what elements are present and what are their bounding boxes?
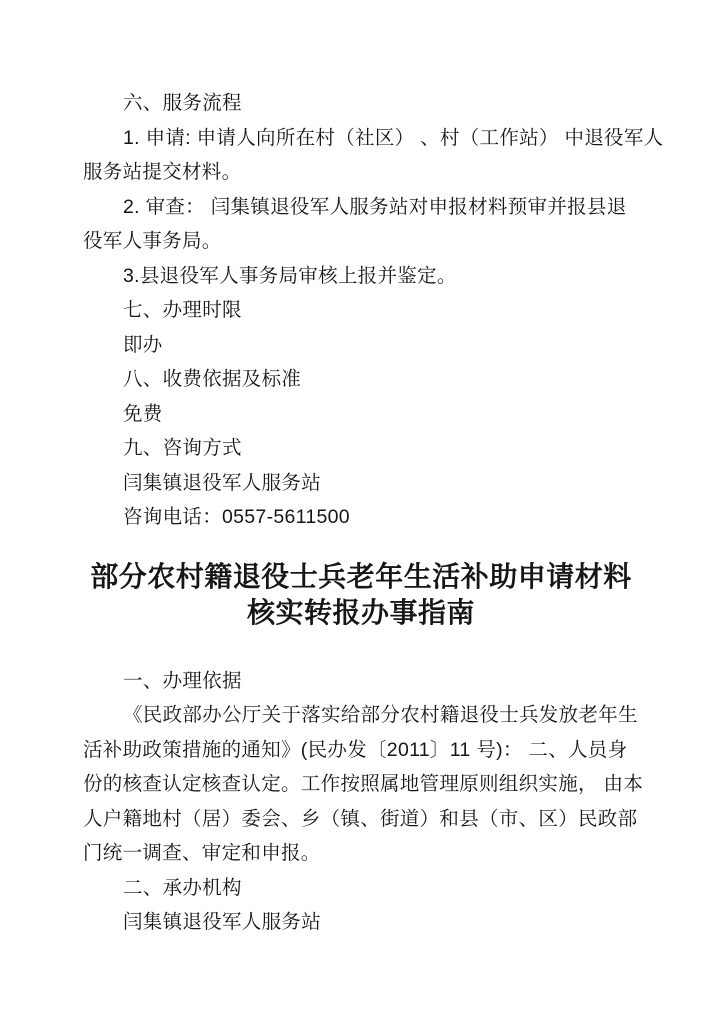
paragraph-line: 免费 xyxy=(83,397,639,432)
section-heading-fee-basis: 八、收费依据及标准 xyxy=(83,362,639,397)
paragraph-line: 活补助政策措施的通知》(民办发〔2011〕11 号)： 二、人员身 xyxy=(83,733,639,768)
paragraph-line: 役军人事务局。 xyxy=(83,224,639,259)
section-heading-undertaking-org: 二、承办机构 xyxy=(83,871,639,906)
paragraph-line: 门统一调查、审定和申报。 xyxy=(83,836,639,871)
document-title: 部分农村籍退役士兵老年生活补助申请材料 核实转报办事指南 xyxy=(83,559,639,631)
paragraph-line: 服务站提交材料。 xyxy=(83,155,639,190)
document-title-line1: 部分农村籍退役士兵老年生活补助申请材料 xyxy=(83,559,639,595)
service-station-line: 闫集镇退役军人服务站 xyxy=(83,466,639,501)
paragraph-line: 即办 xyxy=(83,328,639,363)
paragraph-line: 份的核查认定核查认定。工作按照属地管理原则组织实施， 由本 xyxy=(83,767,639,802)
document-content: 六、服务流程 1. 申请: 申请人向所在村（社区） 、村（工作站） 中退役军人 … xyxy=(83,86,639,940)
phone-number-line: 咨询电话：0557-5611500 xyxy=(83,500,639,535)
paragraph-line: 人户籍地村（居）委会、乡（镇、街道）和县（市、区）民政部 xyxy=(83,802,639,837)
document-title-line2: 核实转报办事指南 xyxy=(83,595,639,631)
document-page: 六、服务流程 1. 申请: 申请人向所在村（社区） 、村（工作站） 中退役军人 … xyxy=(0,0,715,1011)
section-heading-time-limit: 七、办理时限 xyxy=(83,293,639,328)
section-heading-basis: 一、办理依据 xyxy=(83,664,639,699)
service-station-line: 闫集镇退役军人服务站 xyxy=(83,905,639,940)
paragraph-line: 1. 申请: 申请人向所在村（社区） 、村（工作站） 中退役军人 xyxy=(83,121,639,156)
paragraph-line: 《民政部办公厅关于落实给部分农村籍退役士兵发放老年生 xyxy=(83,698,639,733)
paragraph-line: 2. 审查： 闫集镇退役军人服务站对申报材料预审并报县退 xyxy=(83,190,639,225)
section-heading-service-process: 六、服务流程 xyxy=(83,86,639,121)
paragraph-line: 3.县退役军人事务局审核上报并鉴定。 xyxy=(83,259,639,294)
section-heading-consult-method: 九、咨询方式 xyxy=(83,431,639,466)
